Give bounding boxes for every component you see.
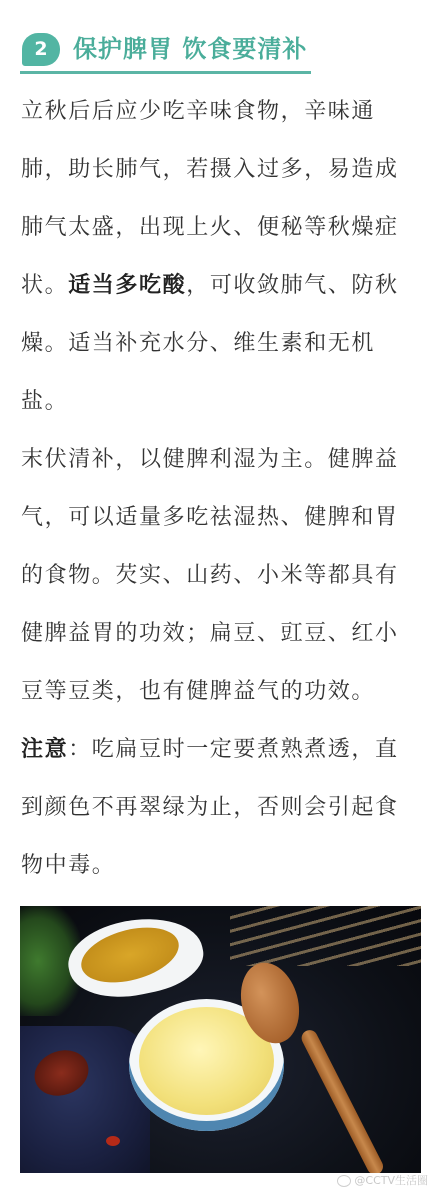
text-line: 燥。适当补充水分、维生素和无机 [21,315,426,373]
heading-underline [20,71,311,74]
text-line: 立秋后后应少吃辛味食物，辛味通 [21,83,426,141]
text-line: 物中毒。 [21,837,426,895]
text-line: 末伏清补，以健脾利湿为主。健脾益 [21,431,426,489]
text-line: 的食物。芡实、山药、小米等都具有 [21,547,426,605]
paragraph-autumn-diet: 立秋后后应少吃辛味食物，辛味通 肺，助长肺气，若摄入过多，易造成 肺气太盛，出现… [21,83,426,431]
wheat-ears [230,906,421,966]
text-line: 注意：吃扁豆时一定要煮熟煮透，直 [21,721,426,779]
text-line: 豆等豆类，也有健脾益气的功效。 [21,663,426,721]
article-body: 立秋后后应少吃辛味食物，辛味通 肺，助长肺气，若摄入过多，易造成 肺气太盛，出现… [21,83,426,895]
text-line: 气，可以适量多吃祛湿热、健脾和胃 [21,489,426,547]
millet-porridge-photo [20,906,421,1173]
text-line: 到颜色不再翠绿为止，否则会引起食 [21,779,426,837]
section-heading: 2 保护脾胃 饮食要清补 [20,31,311,75]
text-run: ，可收敛肺气、防秋 [186,273,398,298]
text-run: 状。 [21,273,68,298]
paragraph-caution: 注意：吃扁豆时一定要煮熟煮透，直 到颜色不再翠绿为止，否则会引起食 物中毒。 [21,721,426,895]
text-line: 肺气太盛，出现上火、便秘等秋燥症 [21,199,426,257]
goji-berry [106,1136,120,1146]
weibo-icon [337,1175,351,1187]
emphasis-eat-sour: 适当多吃酸 [68,273,186,298]
watermark: @CCTV生活圈 [337,1173,428,1189]
watermark-text: @CCTV生活圈 [354,1174,428,1187]
text-run: ：吃扁豆时一定要煮熟煮透，直 [68,737,398,762]
section-title: 保护脾胃 饮食要清补 [73,31,307,67]
section-number-badge: 2 [22,33,60,66]
text-line: 健脾益胃的功效；扁豆、豇豆、红小 [21,605,426,663]
spoon-handle [299,1027,386,1173]
text-line: 盐。 [21,373,426,431]
text-line: 肺，助长肺气，若摄入过多，易造成 [21,141,426,199]
text-line: 状。适当多吃酸，可收敛肺气、防秋 [21,257,426,315]
emphasis-caution: 注意 [21,737,68,762]
paragraph-spleen-tonic: 末伏清补，以健脾利湿为主。健脾益 气，可以适量多吃祛湿热、健脾和胃 的食物。芡实… [21,431,426,721]
